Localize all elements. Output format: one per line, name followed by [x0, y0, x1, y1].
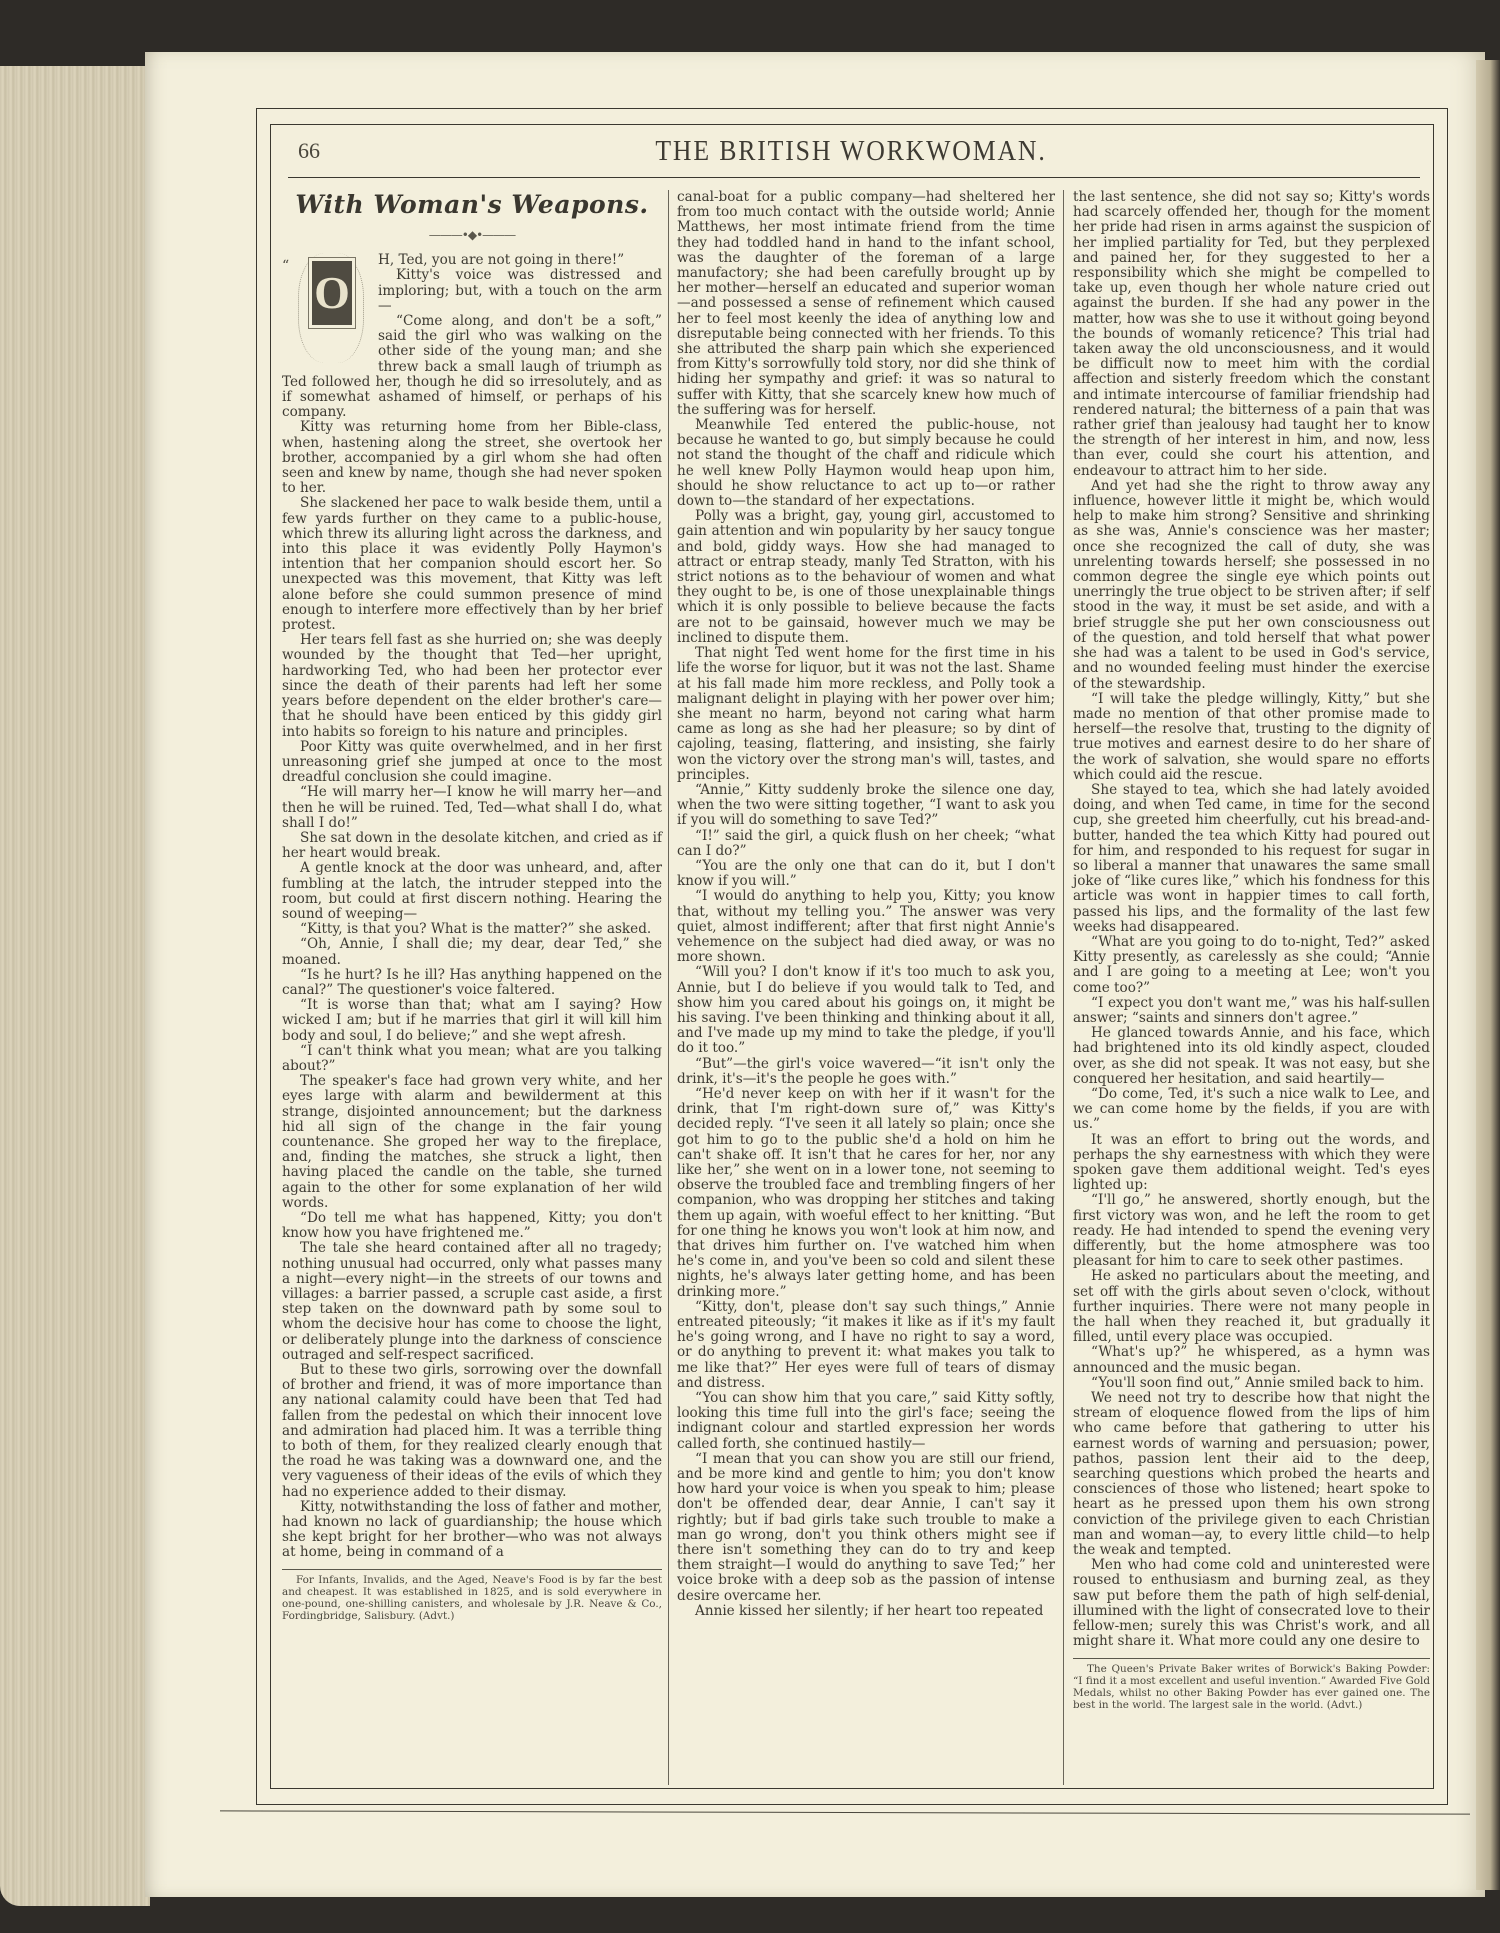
- column-divider-2: [1063, 190, 1064, 1785]
- decorated-initial: “ O: [282, 253, 368, 363]
- paragraph: “What's up?” he whispered, as a hymn was…: [1073, 1345, 1430, 1375]
- article-column-3: the last sentence, she did not say so; K…: [1073, 190, 1430, 1711]
- book-page-edges: [0, 66, 150, 1906]
- paragraph: “What are you going to do to-night, Ted?…: [1073, 935, 1430, 996]
- paragraph: “You are the only one that can do it, bu…: [677, 859, 1055, 889]
- paragraph: Kitty was returning home from her Bible-…: [282, 420, 662, 496]
- story-title: With Woman's Weapons.: [282, 190, 662, 220]
- paragraph: the last sentence, she did not say so; K…: [1073, 190, 1430, 479]
- advertisement-neaves-food: For Infants, Invalids, and the Aged, Nea…: [282, 1569, 662, 1622]
- advert-text: The Queen's Private Baker writes of Borw…: [1073, 1663, 1430, 1711]
- paragraph: We need not try to describe how that nig…: [1073, 1391, 1430, 1558]
- paragraph: “Kitty, is that you? What is the matter?…: [282, 922, 662, 937]
- paragraph: “I would do anything to help you, Kitty;…: [677, 889, 1055, 965]
- paragraph: “I expect you don't want me,” was his ha…: [1073, 996, 1430, 1026]
- advert-text: For Infants, Invalids, and the Aged, Nea…: [282, 1574, 662, 1622]
- page-header: 66 THE BRITISH WORKWOMAN.: [270, 128, 1432, 174]
- paragraph: She slackened her pace to walk beside th…: [282, 496, 662, 633]
- paragraph: Kitty, notwithstanding the loss of fathe…: [282, 1500, 662, 1561]
- paragraph: “He will marry her—I know he will marry …: [282, 785, 662, 831]
- paragraph: “But”—the girl's voice wavered—“it isn't…: [677, 1057, 1055, 1087]
- paragraph: The speaker's face had grown very white,…: [282, 1074, 662, 1211]
- ornament-divider: ———•◆•———: [282, 228, 662, 243]
- paragraph: “I mean that you can show you are still …: [677, 1452, 1055, 1604]
- paragraph: “I will take the pledge willingly, Kitty…: [1073, 692, 1430, 783]
- paragraph: “I!” said the girl, a quick flush on her…: [677, 829, 1055, 859]
- paragraph: “You can show him that you care,” said K…: [677, 1391, 1055, 1452]
- paragraph: He glanced towards Annie, and his face, …: [1073, 1026, 1430, 1087]
- column-divider-1: [668, 190, 669, 1785]
- paragraph: Poor Kitty was quite overwhelmed, and in…: [282, 740, 662, 786]
- advertisement-borwicks-baking-powder: The Queen's Private Baker writes of Borw…: [1073, 1658, 1430, 1711]
- paragraph: It was an effort to bring out the words,…: [1073, 1133, 1430, 1194]
- paragraph: “You'll soon find out,” Annie smiled bac…: [1073, 1376, 1430, 1391]
- paragraph: “Kitty, don't, please don't say such thi…: [677, 1300, 1055, 1391]
- paragraph: A gentle knock at the door was unheard, …: [282, 861, 662, 922]
- paragraph: Annie kissed her silently; if her heart …: [677, 1604, 1055, 1619]
- paragraph: Polly was a bright, gay, young girl, acc…: [677, 509, 1055, 646]
- paragraph: Men who had come cold and uninterested w…: [1073, 1558, 1430, 1649]
- paragraph: He asked no particulars about the meetin…: [1073, 1269, 1430, 1345]
- header-rule: [288, 177, 1420, 178]
- paragraph: “I'll go,” he answered, shortly enough, …: [1073, 1193, 1430, 1269]
- article-column-1: With Woman's Weapons. ———•◆•——— “ O H, T…: [282, 190, 662, 1622]
- paragraph: “Do tell me what has happened, Kitty; yo…: [282, 1211, 662, 1241]
- book-gutter-shadow: [1476, 60, 1500, 1890]
- paragraph: But to these two girls, sorrowing over t…: [282, 1363, 662, 1500]
- paragraph: Meanwhile Ted entered the public-house, …: [677, 418, 1055, 509]
- article-column-2: canal-boat for a public company—had shel…: [677, 190, 1055, 1619]
- paragraph: She sat down in the desolate kitchen, an…: [282, 831, 662, 861]
- paragraph: The tale she heard contained after all n…: [282, 1241, 662, 1363]
- masthead-title: THE BRITISH WORKWOMAN.: [316, 136, 1385, 168]
- paragraph: “Is he hurt? Is he ill? Has anything hap…: [282, 968, 662, 998]
- open-quote-mark: “: [282, 259, 289, 274]
- paragraph: “He'd never keep on with her if it wasn'…: [677, 1087, 1055, 1300]
- paragraph: She stayed to tea, which she had lately …: [1073, 783, 1430, 935]
- paragraph: “Annie,” Kitty suddenly broke the silenc…: [677, 783, 1055, 829]
- paragraph: canal-boat for a public company—had shel…: [677, 190, 1055, 418]
- paragraph: “Oh, Annie, I shall die; my dear, dear T…: [282, 937, 662, 967]
- paragraph: “Do come, Ted, it's such a nice walk to …: [1073, 1087, 1430, 1133]
- paragraph: “It is worse than that; what am I saying…: [282, 998, 662, 1044]
- paragraph: Her tears fell fast as she hurried on; s…: [282, 633, 662, 739]
- paragraph: “Will you? I don't know if it's too much…: [677, 965, 1055, 1056]
- drop-cap-letter: O: [312, 261, 352, 325]
- paragraph: And yet had she the right to throw away …: [1073, 479, 1430, 692]
- paragraph: That night Ted went home for the first t…: [677, 646, 1055, 783]
- paragraph: “I can't think what you mean; what are y…: [282, 1044, 662, 1074]
